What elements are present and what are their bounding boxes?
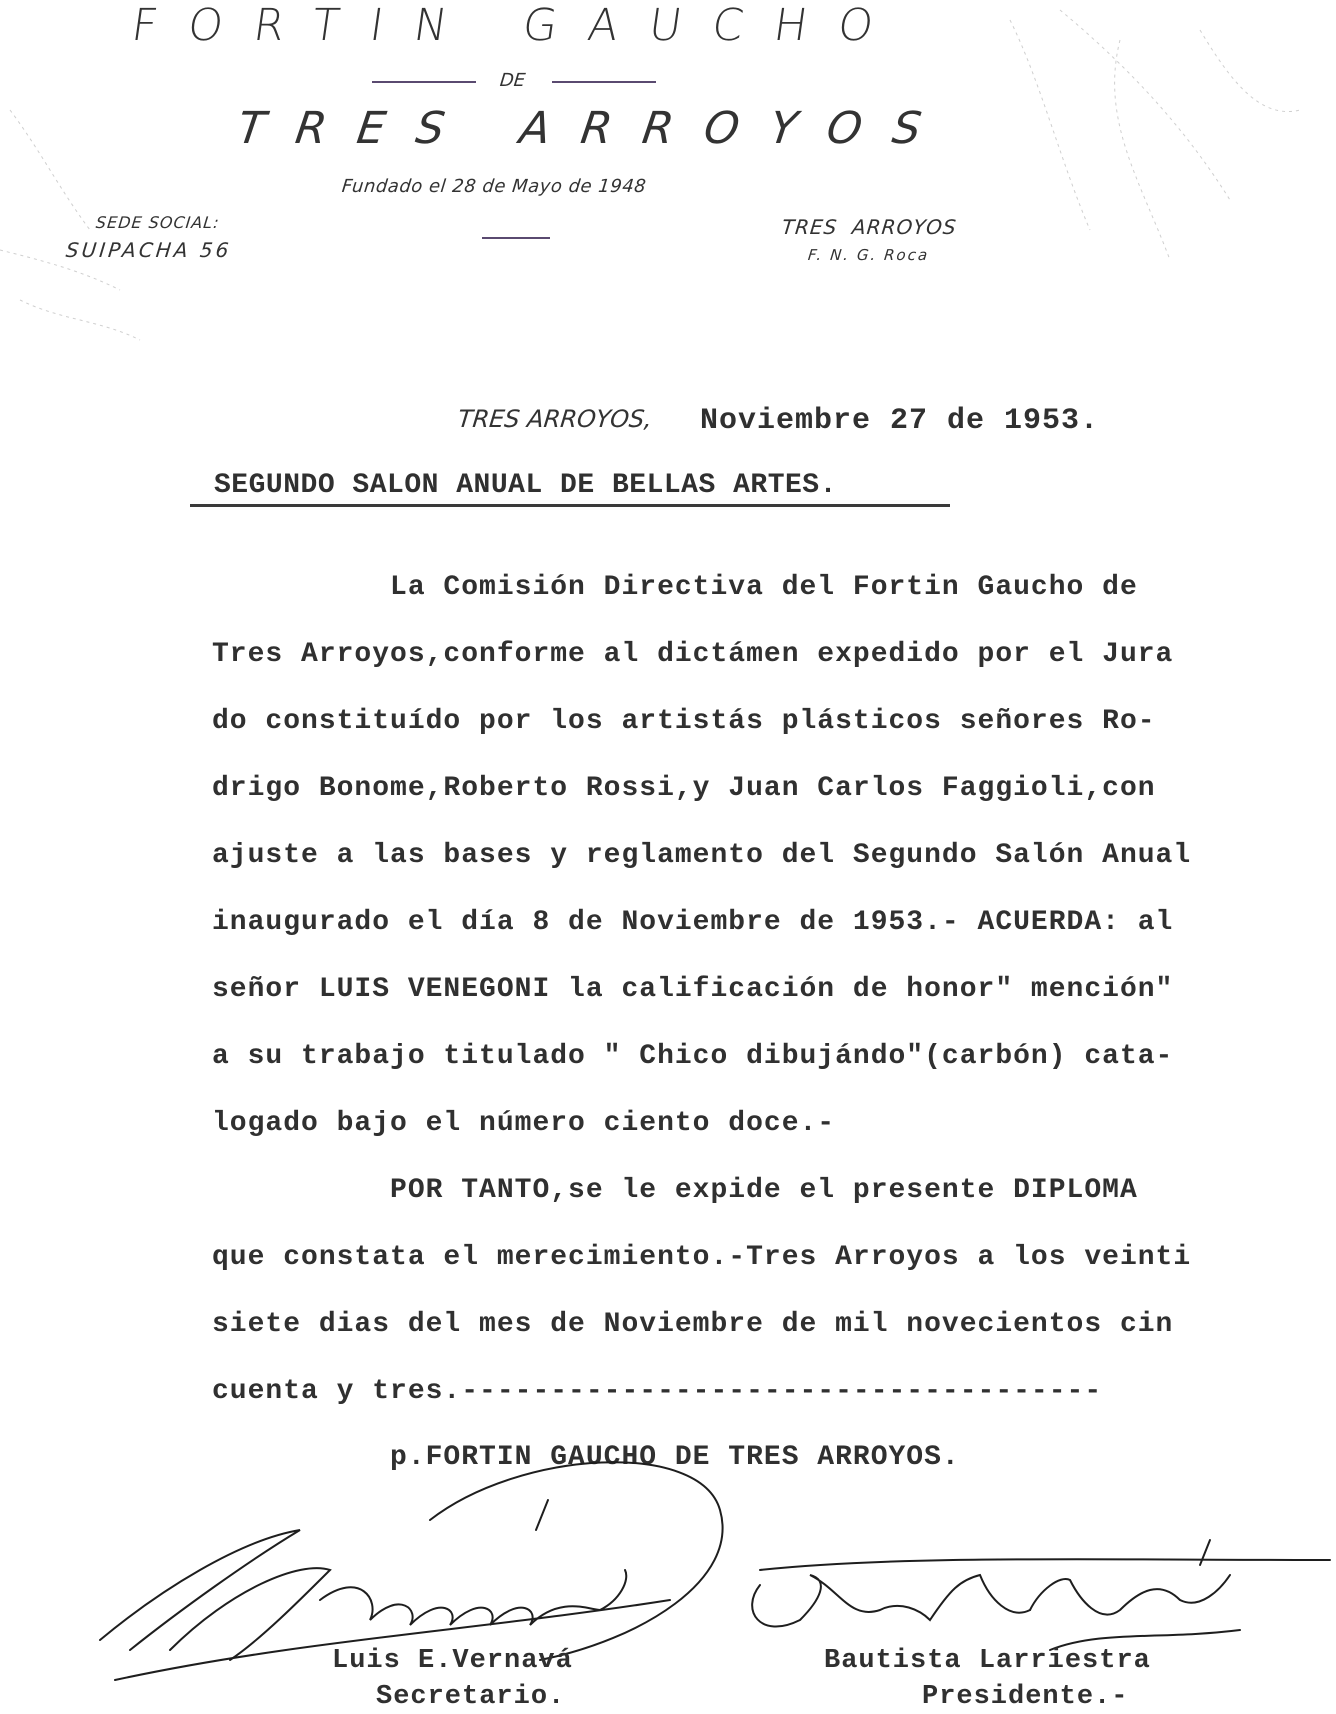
president-role: Presidente.- [922, 1682, 1128, 1712]
secretary-role: Secretario. [376, 1682, 565, 1712]
president-name: Bautista Larriestra [824, 1646, 1151, 1676]
secretary-name: Luis E.Vernavá [332, 1646, 573, 1676]
handwritten-signatures [0, 0, 1336, 1714]
